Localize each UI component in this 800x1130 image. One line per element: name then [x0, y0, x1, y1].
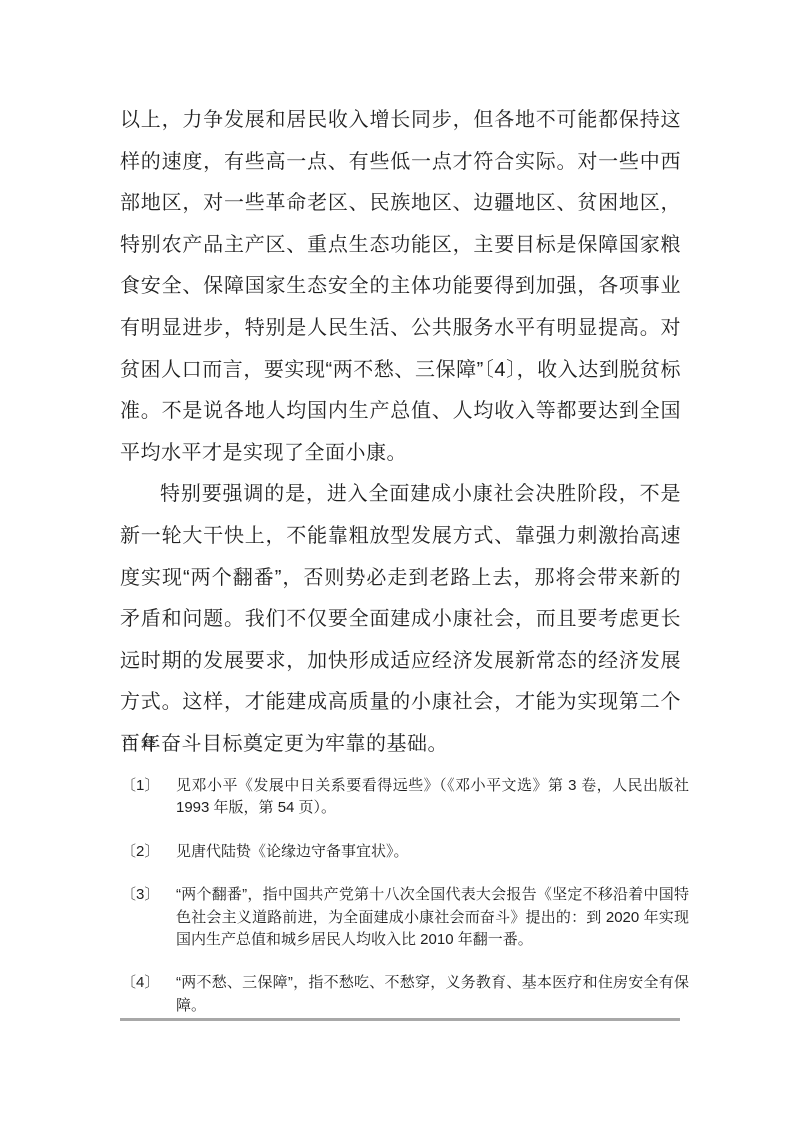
- note-label: 〔4〕: [121, 972, 176, 994]
- note-item: 〔3〕 “两个翻番”，指中国共产党第十八次全国代表大会报告《坚定不移沿着中国特色…: [121, 884, 689, 951]
- notes-heading: 注 释: [122, 735, 156, 755]
- note-label: 〔2〕: [121, 841, 176, 863]
- bottom-divider: [120, 1018, 680, 1021]
- note-text: “两不愁、三保障”，指不愁吃、不愁穿，义务教育、基本医疗和住房安全有保障。: [176, 972, 689, 1017]
- body-text: 以上，力争发展和居民收入增长同步，但各地不可能都保持这样的速度，有些高一点、有些…: [120, 100, 681, 766]
- paragraph-1: 以上，力争发展和居民收入增长同步，但各地不可能都保持这样的速度，有些高一点、有些…: [120, 100, 681, 474]
- note-label: 〔1〕: [121, 775, 176, 797]
- note-text: “两个翻番”，指中国共产党第十八次全国代表大会报告《坚定不移沿着中国特色社会主义…: [176, 884, 689, 951]
- document-page: 以上，力争发展和居民收入增长同步，但各地不可能都保持这样的速度，有些高一点、有些…: [0, 0, 800, 1130]
- notes-list: 〔1〕 见邓小平《发展中日关系要看得远些》（《邓小平文选》第 3 卷，人民出版社…: [121, 775, 689, 1038]
- note-item: 〔1〕 见邓小平《发展中日关系要看得远些》（《邓小平文选》第 3 卷，人民出版社…: [121, 775, 689, 820]
- note-text: 见唐代陆贽《论缘边守备事宜状》。: [176, 841, 689, 863]
- note-item: 〔2〕 见唐代陆贽《论缘边守备事宜状》。: [121, 841, 689, 863]
- note-text: 见邓小平《发展中日关系要看得远些》（《邓小平文选》第 3 卷，人民出版社 199…: [176, 775, 689, 820]
- note-item: 〔4〕 “两不愁、三保障”，指不愁吃、不愁穿，义务教育、基本医疗和住房安全有保障…: [121, 972, 689, 1017]
- note-label: 〔3〕: [121, 884, 176, 906]
- paragraph-2: 特别要强调的是，进入全面建成小康社会决胜阶段，不是新一轮大干快上，不能靠粗放型发…: [120, 474, 681, 765]
